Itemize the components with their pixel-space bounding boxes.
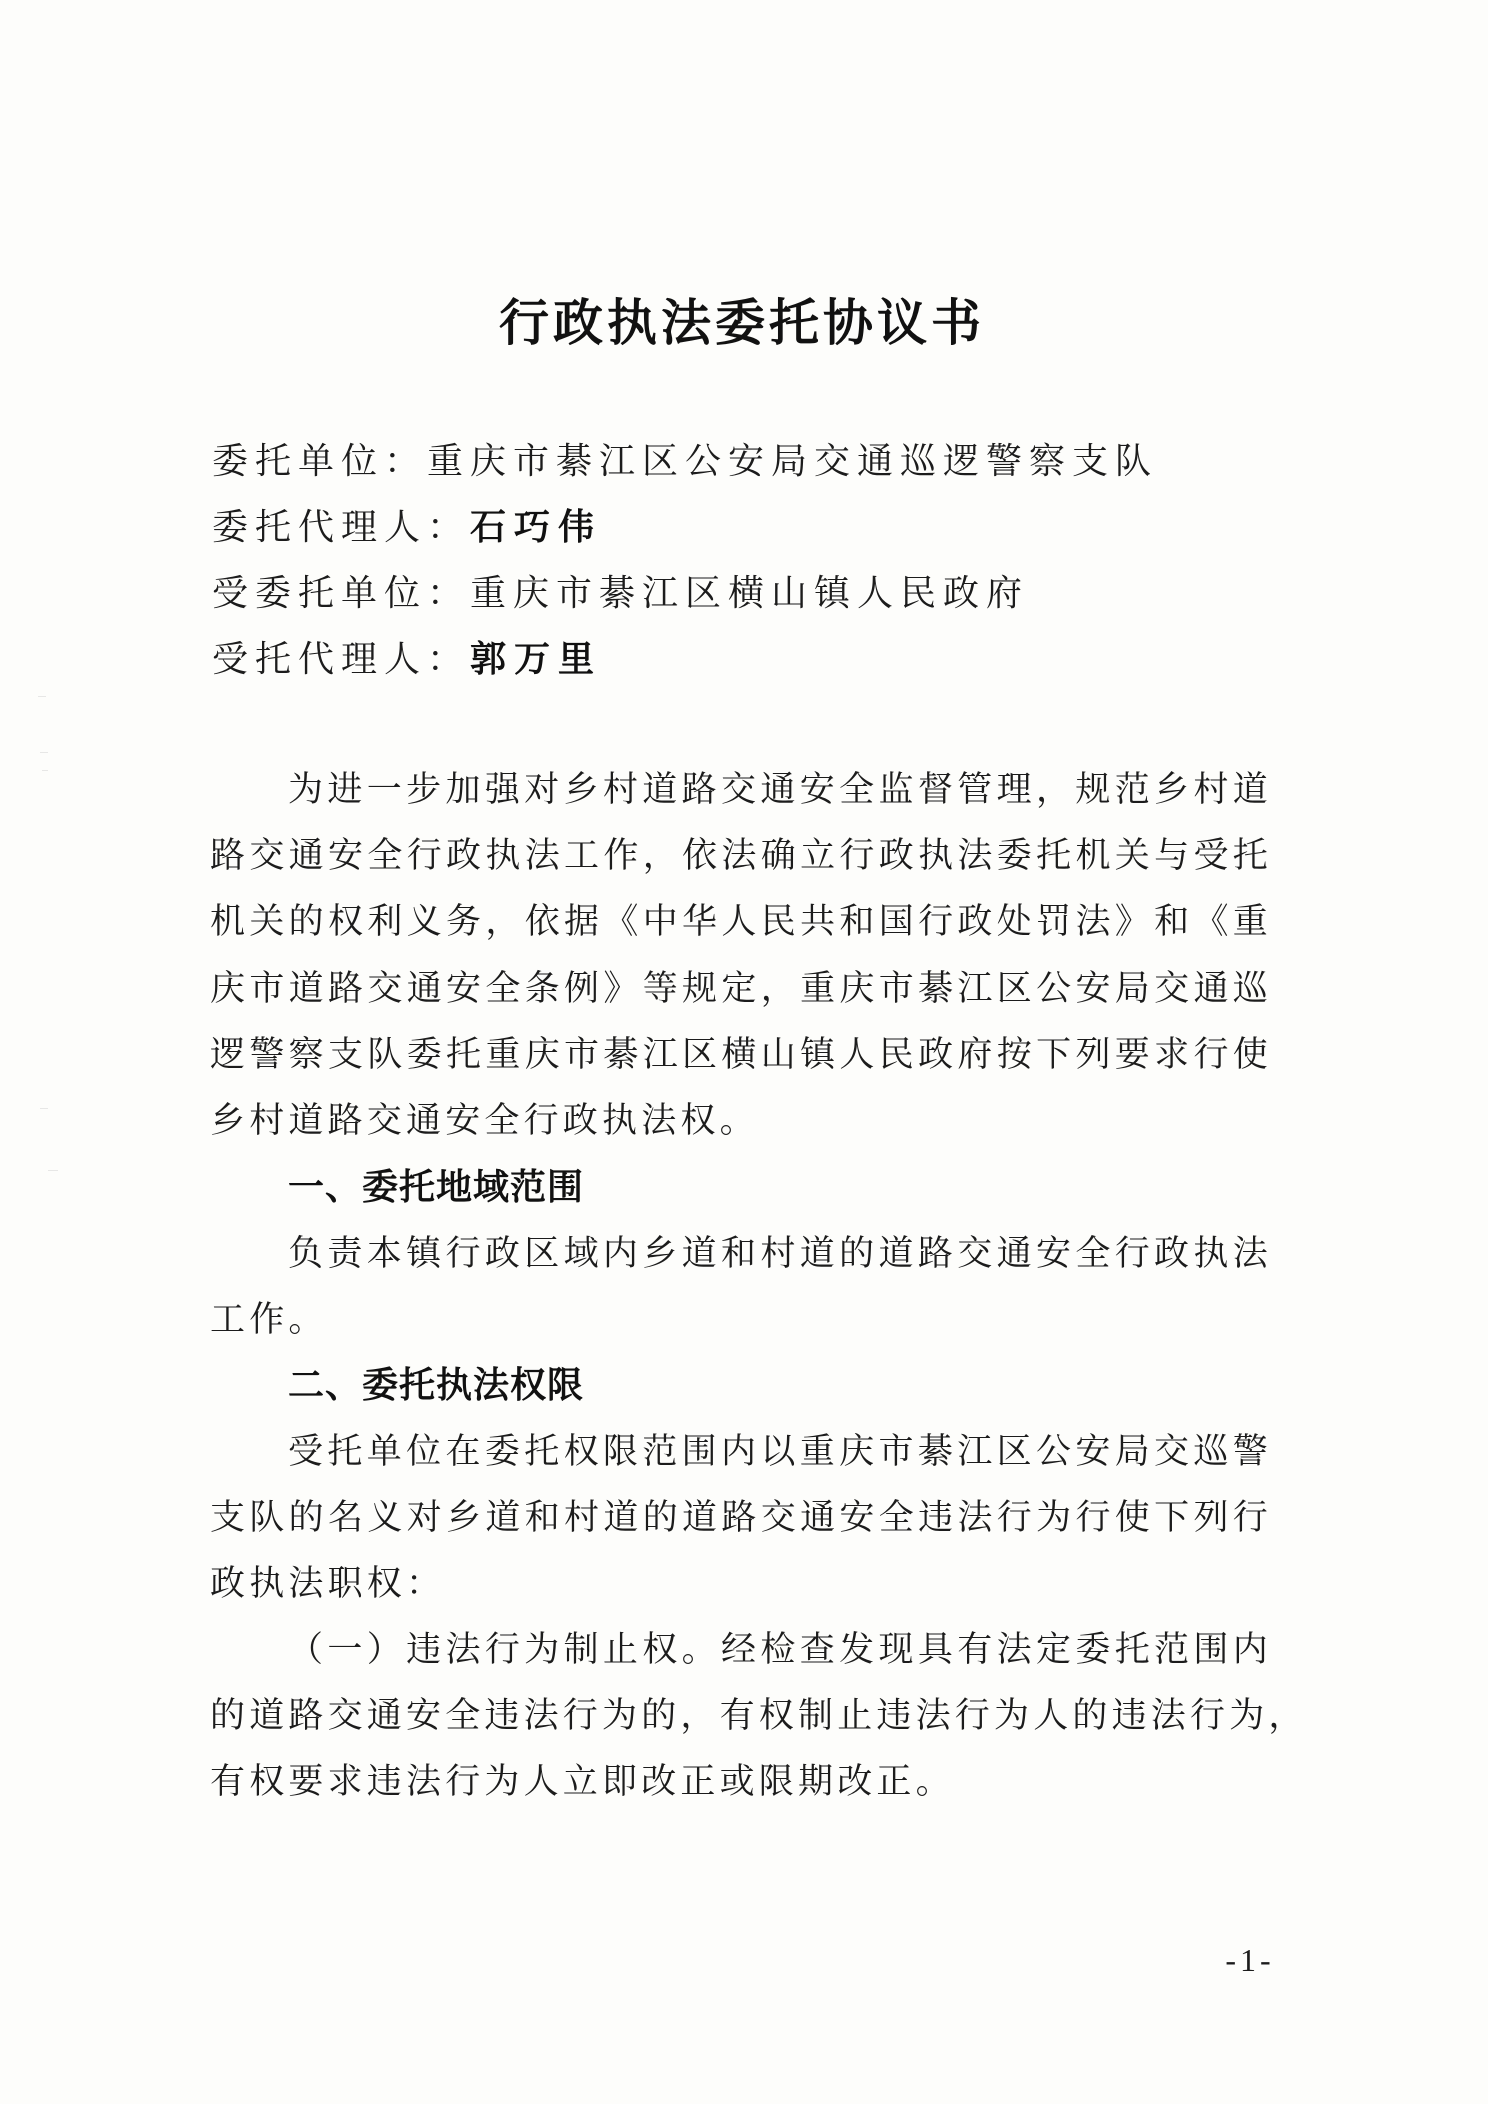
page-number: -1- [1190,1938,1310,1982]
scan-artifact [48,1170,58,1171]
document-page: 行政执法委托协议书 委托单位：重庆市綦江区公安局交通巡逻警察支队 委托代理人：石… [0,0,1488,2104]
preamble-line: 庆市道路交通安全条例》等规定，重庆市綦江区公安局交通巡 [210,965,1272,1013]
scan-artifact [42,770,48,771]
preamble-line: 机关的权利义务，依据《中华人民共和国行政处罚法》和《重 [210,898,1272,946]
party-line-principal: 委托单位：重庆市綦江区公安局交通巡逻警察支队 [212,438,1158,486]
clause-line: 的道路交通安全违法行为的，有权制止违法行为人的违法行为， [210,1692,1272,1740]
party-line-principal-agent: 委托代理人：石巧伟 [212,504,602,552]
section-line: 工作。 [210,1296,1272,1344]
preamble-line: 逻警察支队委托重庆市綦江区横山镇人民政府按下列要求行使 [210,1031,1272,1079]
clause-line: （一）违法行为制止权。经检查发现具有法定委托范围内 [210,1626,1272,1674]
section-heading: 一、委托地域范围 [288,1163,584,1213]
party-line-trustee: 受委托单位：重庆市綦江区横山镇人民政府 [212,570,1029,618]
preamble-line: 乡村道路交通安全行政执法权。 [210,1097,1272,1145]
section-heading: 二、委托执法权限 [288,1361,584,1411]
scan-artifact [40,752,48,753]
section-line: 支队的名义对乡道和村道的道路交通安全违法行为行使下列行 [210,1494,1272,1542]
party-value: 石巧伟 [470,507,602,548]
party-label: 委托代理人： [212,507,470,548]
party-value: 重庆市綦江区公安局交通巡逻警察支队 [427,441,1158,482]
section-line: 受托单位在委托权限范围内以重庆市綦江区公安局交巡警 [210,1428,1272,1476]
preamble-line: 路交通安全行政执法工作，依法确立行政执法委托机关与受托 [210,832,1272,880]
party-label: 受托代理人： [212,639,470,680]
section-line: 政执法职权： [210,1560,1272,1608]
party-line-trustee-agent: 受托代理人：郭万里 [212,636,602,684]
scan-artifact [38,696,46,697]
party-value: 郭万里 [470,639,602,680]
document-title: 行政执法委托协议书 [0,292,1484,354]
preamble-line: 为进一步加强对乡村道路交通安全监督管理，规范乡村道 [210,766,1272,814]
party-label: 委托单位： [212,441,427,482]
party-label: 受委托单位： [212,573,470,614]
scan-artifact [40,1108,48,1109]
party-value: 重庆市綦江区横山镇人民政府 [470,573,1029,614]
section-line: 负责本镇行政区域内乡道和村道的道路交通安全行政执法 [210,1230,1272,1278]
clause-line: 有权要求违法行为人立即改正或限期改正。 [210,1758,1272,1806]
